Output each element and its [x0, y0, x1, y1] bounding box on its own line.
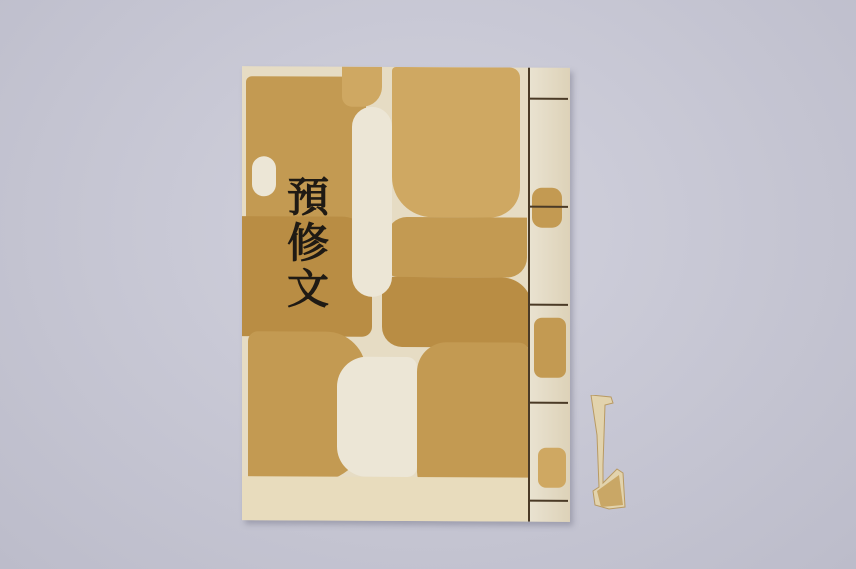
binding-stitch [528, 98, 568, 100]
worn-area [337, 357, 417, 477]
cover-patch [382, 277, 532, 348]
binding-thread [528, 68, 530, 522]
spine-patch [534, 318, 566, 378]
binding-stitch [528, 402, 568, 404]
binding-stitch [528, 206, 568, 208]
book-cover: 預修文 [242, 66, 570, 522]
cover-patch [417, 342, 529, 493]
paper-fragment [589, 395, 637, 510]
worn-area [352, 107, 392, 297]
binding-stitch [528, 500, 568, 502]
cover-patch [392, 67, 520, 218]
book-title: 預修文 [266, 174, 332, 312]
cover-patch [342, 67, 382, 107]
spine-patch [538, 448, 566, 488]
binding-stitch [528, 304, 568, 306]
worn-area [242, 476, 530, 522]
cover-patch [387, 217, 527, 278]
